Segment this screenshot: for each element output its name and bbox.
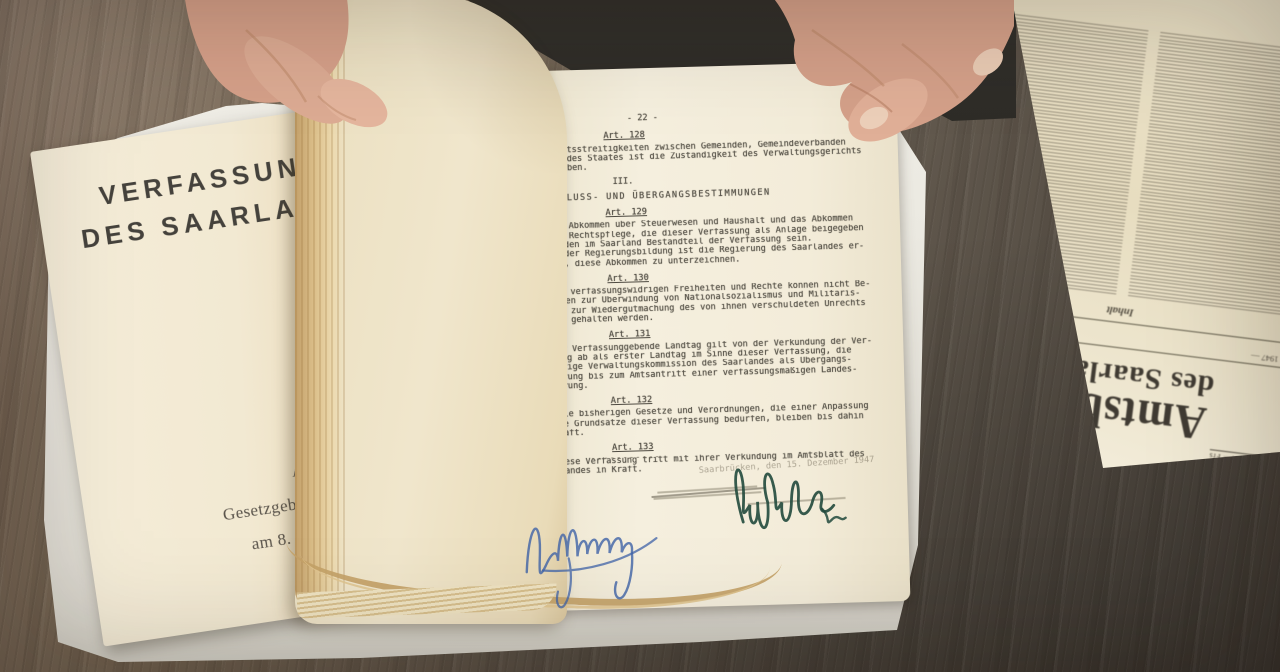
typed-paragraph: Der Verfassunggebende Landtag gilt von d… (551, 336, 898, 392)
signature-right-green-ink (716, 428, 854, 564)
newspaper-dateline-place: Saarbrücken, den 17. Dezember (954, 316, 1063, 339)
newspaper-dateline-year: 1947 — (1250, 352, 1279, 365)
newspaper-column-left (1128, 32, 1280, 317)
typed-paragraph: Alle bisherigen Gesetze und Verordnungen… (553, 402, 900, 440)
page-number: - 22 - (627, 107, 891, 124)
typed-separator: ----------- (590, 452, 661, 464)
photo-scene: Preis 30.— Frs Amtsblatt des Saarlandes … (0, 0, 1280, 672)
typed-paragraph: Die verfassungswidrigen Freiheiten und R… (550, 279, 897, 326)
typed-blocks: Art. 128Rechtsstreitigkeiten zwischen Ge… (545, 125, 900, 477)
amtsblatt-newspaper: Preis 30.— Frs Amtsblatt des Saarlandes … (1005, 0, 1280, 478)
typed-paragraph: Die Abkommen über Steuerwesen und Hausha… (548, 214, 895, 270)
typed-heading: SCHLUSS- UND ÜBERGANGSBESTIMMUNGEN (547, 185, 893, 204)
typed-text-column: - 22 - Art. 128Rechtsstreitigkeiten zwis… (538, 61, 907, 477)
typed-paragraph: Rechtsstreitigkeiten zwischen Gemeinden,… (546, 137, 893, 175)
